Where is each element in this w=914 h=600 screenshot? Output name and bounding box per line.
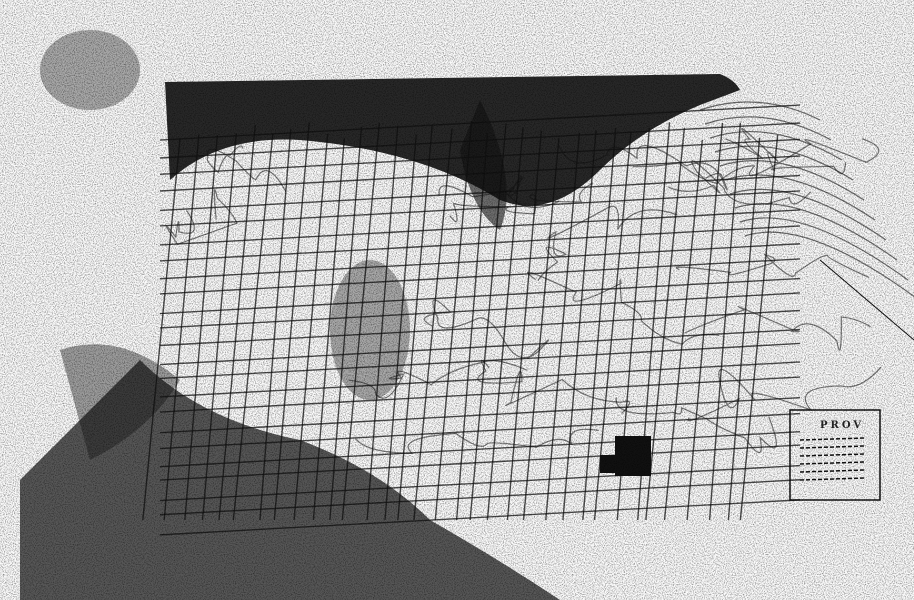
cartouche-title: PROV [820, 420, 864, 431]
map-sheet: PROV [0, 0, 914, 600]
city-plan [0, 0, 914, 600]
